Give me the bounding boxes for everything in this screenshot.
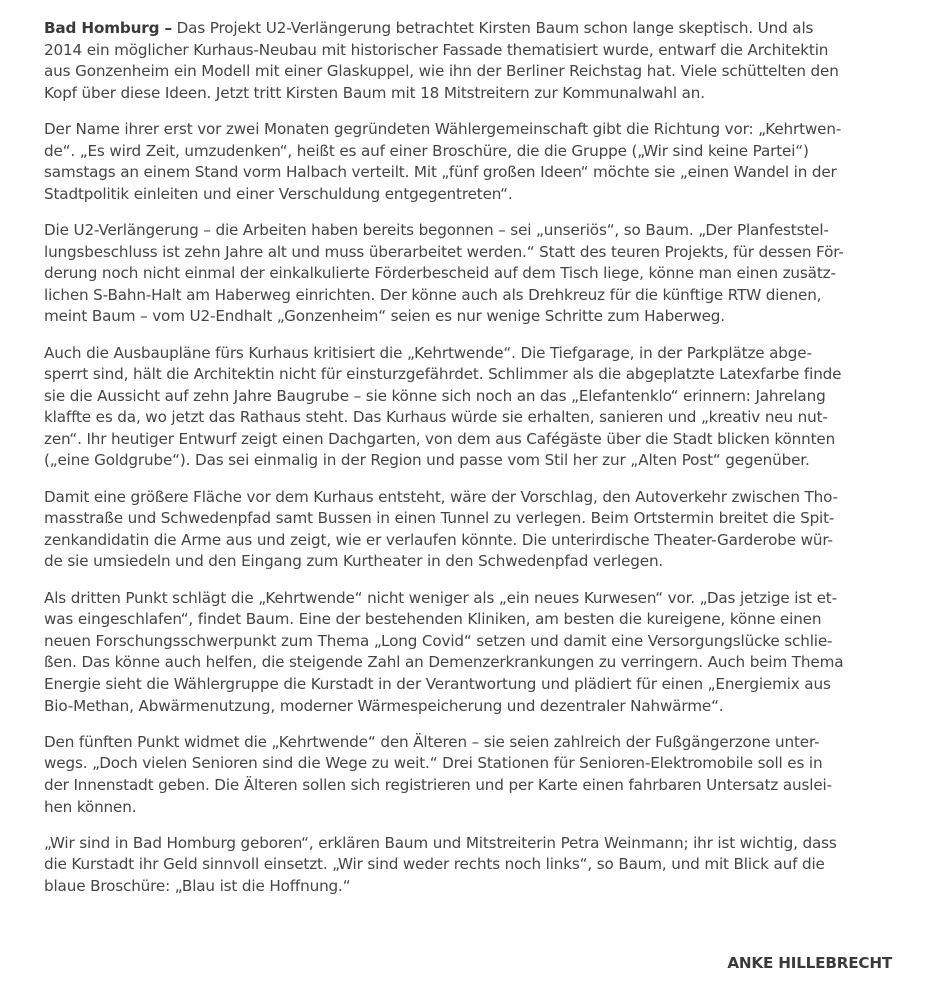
dateline: Bad Homburg – (44, 19, 172, 37)
text-line: samstags an einem Stand vorm Halbach ver… (44, 162, 904, 184)
text-line: 2014 ein möglicher Kurhaus-Neubau mit hi… (44, 40, 904, 62)
text-line: blaue Broschüre: „Blau ist die Hoffnung.… (44, 876, 904, 898)
text-line: die Kurstadt ihr Geld sinnvoll einsetzt.… (44, 854, 904, 876)
text-line: Stadtpolitik einleiten und einer Verschu… (44, 184, 904, 206)
text-line: Die U2-Verlängerung – die Arbeiten haben… (44, 220, 904, 242)
text-line: sperrt sind, hält die Architektin nicht … (44, 364, 904, 386)
text-line: derung noch nicht einmal der einkalkulie… (44, 263, 904, 285)
text-line: Als dritten Punkt schlägt die „Kehrtwend… (44, 588, 904, 610)
text-line: der Innenstadt geben. Die Älteren sollen… (44, 775, 904, 797)
text-line: Bio-Methan, Abwärmenutzung, moderner Wär… (44, 696, 904, 718)
article-body: Bad Homburg – Das Projekt U2-Verlängerun… (44, 18, 904, 912)
text-line: de“. „Es wird Zeit, umzudenken“, heißt e… (44, 141, 904, 163)
paragraph-6: Als dritten Punkt schlägt die „Kehrtwend… (44, 588, 904, 718)
text-line: Bad Homburg – Das Projekt U2-Verlängerun… (44, 18, 904, 40)
paragraph-2: Der Name ihrer erst vor zwei Monaten geg… (44, 119, 904, 205)
text-line: meint Baum – vom U2-Endhalt „Gonzenheim“… (44, 306, 904, 328)
text-line: hen können. (44, 797, 904, 819)
text-line: wegs. „Doch vielen Senioren sind die Weg… (44, 753, 904, 775)
text-line: zen“. Ihr heutiger Entwurf zeigt einen D… (44, 429, 904, 451)
text-line: klaffte es da, wo jetzt das Rathaus steh… (44, 407, 904, 429)
text-line: ßen. Das könne auch helfen, die steigend… (44, 652, 904, 674)
text-line: Kopf über diese Ideen. Jetzt tritt Kirst… (44, 83, 904, 105)
text-line: „Wir sind in Bad Homburg geboren“, erklä… (44, 833, 904, 855)
text-line: zenkandidatin die Arme aus und zeigt, wi… (44, 530, 904, 552)
text-line: Auch die Ausbaupläne fürs Kurhaus kritis… (44, 343, 904, 365)
text-line: de sie umsiedeln und den Eingang zum Kur… (44, 551, 904, 573)
text-line: was eingeschlafen“, findet Baum. Eine de… (44, 609, 904, 631)
text-line: sie die Aussicht auf zehn Jahre Baugrube… (44, 386, 904, 408)
text-line: Damit eine größere Fläche vor dem Kurhau… (44, 487, 904, 509)
text-line: masstraße und Schwedenpfad samt Bussen i… (44, 508, 904, 530)
text-line: Den fünften Punkt widmet die „Kehrtwende… (44, 732, 904, 754)
paragraph-4: Auch die Ausbaupläne fürs Kurhaus kritis… (44, 343, 904, 473)
paragraph-3: Die U2-Verlängerung – die Arbeiten haben… (44, 220, 904, 328)
text-line: Der Name ihrer erst vor zwei Monaten geg… (44, 119, 904, 141)
paragraph-7: Den fünften Punkt widmet die „Kehrtwende… (44, 732, 904, 818)
text-line: lungsbeschluss ist zehn Jahre alt und mu… (44, 242, 904, 264)
paragraph-5: Damit eine größere Fläche vor dem Kurhau… (44, 487, 904, 573)
text-line: lichen S-Bahn-Halt am Haberweg einrichte… (44, 285, 904, 307)
text-line: neuen Forschungsschwerpunkt zum Thema „L… (44, 631, 904, 653)
text-line: Energie sieht die Wählergruppe die Kurst… (44, 674, 904, 696)
paragraph-1: Bad Homburg – Das Projekt U2-Verlängerun… (44, 18, 904, 104)
paragraph-8: „Wir sind in Bad Homburg geboren“, erklä… (44, 833, 904, 898)
text-line: („eine Goldgrube“). Das sei einmalig in … (44, 450, 904, 472)
author-byline: ANKE HILLEBRECHT (727, 954, 892, 972)
text-line: aus Gonzenheim ein Modell mit einer Glas… (44, 61, 904, 83)
